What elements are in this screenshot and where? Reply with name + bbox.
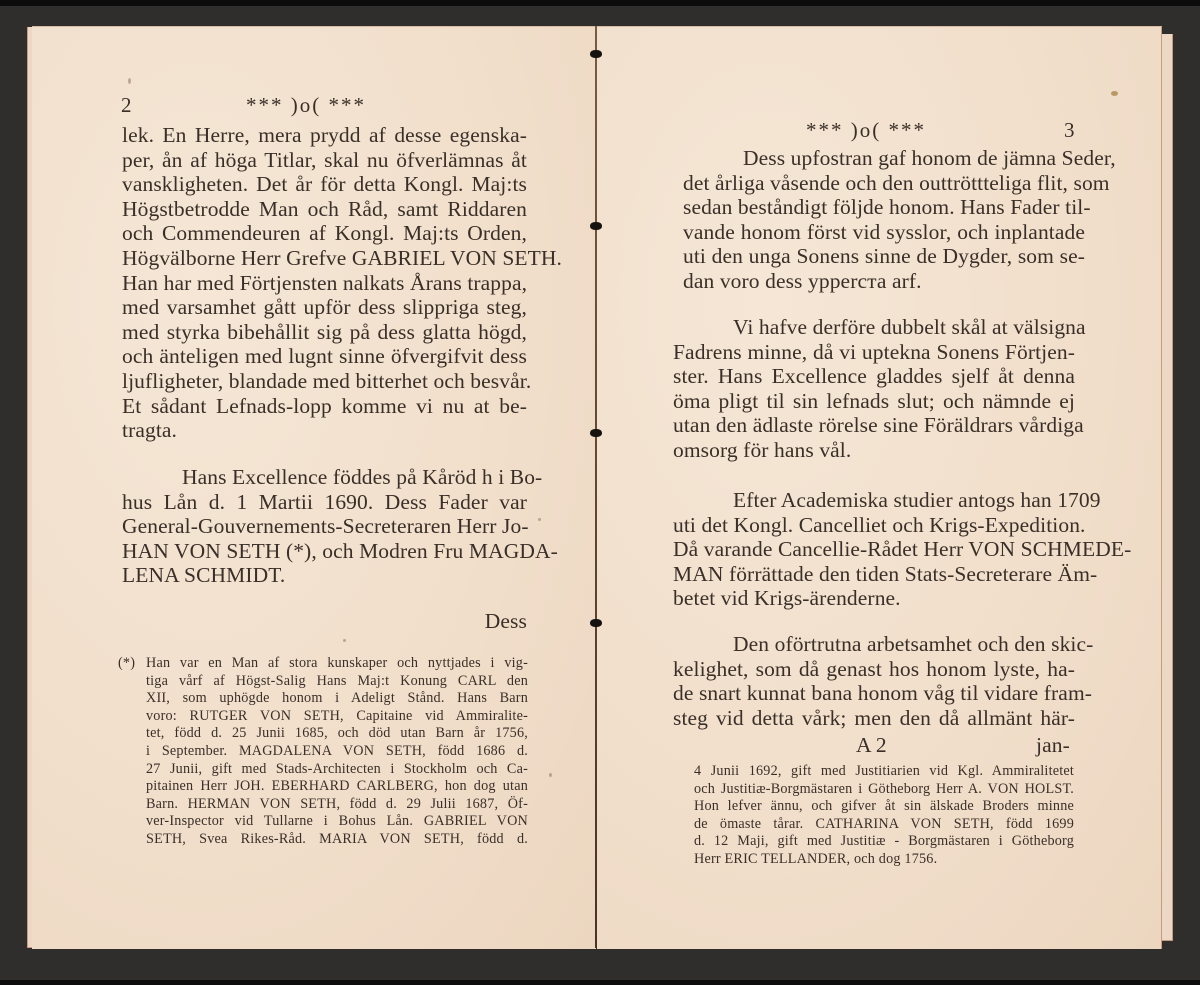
right-paragraph-4: Den oförtrutna arbetsamhet och den skic-… [673, 632, 1075, 730]
footnote-line: pitainen Herr JOH. EBERHARD CARLBERG, ho… [146, 778, 528, 796]
footnote-line: och Justitiæ-Borgmästaren i Götheborg He… [694, 781, 1074, 799]
text-line: kelighet, som då genast hos honom lyste,… [673, 657, 1075, 682]
footnote-line: XII, som uphögde honom i Adeligt Stånd. … [146, 690, 528, 708]
text-line: steg vid detta vårk; men den då allmänt … [673, 706, 1075, 731]
running-head-left: *** )o( *** [246, 93, 366, 118]
text-line: de snart kunnat bana honom våg til vidar… [673, 681, 1075, 706]
text-line: hus Lån d. 1 Martii 1690. Dess Fader var [122, 490, 527, 515]
text-line: MAN förrättade den tiden Stats-Secretera… [673, 562, 1075, 587]
paper-speck [549, 773, 552, 777]
footnote-line: Barn. HERMAN VON SETH, född d. 29 Julii … [146, 796, 528, 814]
footnote-line: 27 Junii, gift med Stads-Architecten i S… [146, 761, 528, 779]
right-paragraph-1: Dess upfostran gaf honom de jämna Seder,… [683, 146, 1085, 294]
binding-stitch [590, 50, 602, 58]
footnote-line: d. 12 Maji, gift med Justitiæ - Borgmäst… [694, 833, 1074, 851]
footnote-line: 4 Junii 1692, gift med Justitiarien vid … [694, 763, 1074, 781]
text-line: tragta. [122, 418, 527, 443]
footnote-right: 4 Junii 1692, gift med Justitiarien vid … [694, 763, 1074, 869]
text-line: Fadrens minne, då vi uptekna Sonens Fört… [673, 340, 1075, 365]
footnote-line: tet, född d. 25 Junii 1685, och död utan… [146, 725, 528, 743]
catchword-left-wrap: Dess [122, 609, 527, 634]
page-number-right: 3 [1064, 118, 1075, 143]
catchword-left: Dess [122, 609, 527, 634]
text-line: utan den ädlaste rörelse sine Föräldrars… [673, 413, 1075, 438]
text-line: HAN VON SETH (*), och Modren Fru MAGDA- [122, 539, 527, 564]
text-line: det årliga våsende och den outtrötttelig… [683, 171, 1085, 196]
text-line: LENA SCHMIDT. [122, 563, 527, 588]
text-line: och änteligen med lugnt sinne öfvergifvi… [122, 344, 527, 369]
text-line: betet vid Krigs-ärenderne. [673, 586, 1075, 611]
paper-speck [128, 78, 131, 84]
text-line: Högvälborne Herr Grefve GABRIEL VON SETH… [122, 246, 527, 271]
book-spine [595, 26, 597, 948]
footnote-line: de ömaste tårar. CATHARINA VON SETH, föd… [694, 816, 1074, 834]
footnote-line: i September. MAGDALENA VON SETH, född 16… [146, 743, 528, 761]
left-paragraph-1: lek. En Herre, mera prydd af desse egens… [122, 123, 527, 443]
text-line: dan voro dess ypperста arf. [683, 269, 1085, 294]
text-line: Dess upfostran gaf honom de jämna Seder, [683, 146, 1085, 171]
binding-stitch [590, 222, 602, 230]
binding-stitch [590, 429, 602, 437]
footnote-line: Hon lefver ännu, och gifver åt sin älska… [694, 798, 1074, 816]
paper-speck [343, 639, 346, 642]
footnote-left: (*) Han var en Man af stora kunskaper oc… [118, 655, 528, 849]
open-book: 2 *** )o( *** lek. En Herre, mera prydd … [0, 0, 1200, 985]
text-line: Hans Excellence föddes på Kåröd h i Bo- [122, 465, 527, 490]
text-line: ljufligheter, blandade med bitterhet och… [122, 369, 527, 394]
text-line: med styrka bibehållit sig på dess glatta… [122, 320, 527, 345]
text-line: sedan beståndigt följde honom. Hans Fade… [683, 195, 1085, 220]
paper-speck [1111, 91, 1118, 96]
text-line: per, ån af höga Titlar, skal nu öfverläm… [122, 148, 527, 173]
signature-mark: A 2 [856, 733, 887, 758]
footnote-line: Han var en Man af stora kunskaper och ny… [146, 655, 528, 673]
text-line: ster. Hans Excellence gladdes sjelf åt d… [673, 364, 1075, 389]
right-paragraph-2: Vi hafve derföre dubbelt skål at välsign… [673, 315, 1075, 463]
footnote-line: SETH, Svea Rikes-Råd. MARIA VON SETH, fö… [146, 831, 528, 849]
text-line: uti det Kongl. Cancelliet och Krigs-Expe… [673, 513, 1075, 538]
text-line: Han har med Förtjensten nalkats Årans tr… [122, 271, 527, 296]
catchword-right: jan- [1036, 733, 1070, 758]
text-line: omsorg för hans vål. [673, 438, 1075, 463]
text-line: Högstbetrodde Man och Råd, samt Riddaren [122, 197, 527, 222]
text-line: General-Gouvernements-Secreteraren Herr … [122, 514, 527, 539]
paper-speck [538, 518, 541, 521]
text-line: lek. En Herre, mera prydd af desse egens… [122, 123, 527, 148]
text-line: Vi hafve derföre dubbelt skål at välsign… [673, 315, 1075, 340]
text-line: öma pligt til sin lefnads slut; och nämn… [673, 389, 1075, 414]
footnote-line: ver-Inspector vid Tullarne i Bohus Lån. … [146, 813, 528, 831]
binding-stitch [590, 619, 602, 627]
text-line: Den oförtrutna arbetsamhet och den skic- [673, 632, 1075, 657]
text-line: Då varande Cancellie-Rådet Herr VON SCHM… [673, 537, 1075, 562]
right-paragraph-3: Efter Academiska studier antogs han 1709… [673, 488, 1075, 611]
running-head-right: *** )o( *** [806, 118, 926, 143]
text-line: Et sådant Lefnads-lopp komme vi nu at be… [122, 394, 527, 419]
text-line: Efter Academiska studier antogs han 1709 [673, 488, 1075, 513]
footnote-line: Herr ERIC TELLANDER, och dog 1756. [694, 851, 1074, 869]
text-line: uti den unga Sonens sinne de Dygder, som… [683, 244, 1085, 269]
text-line: vanskligheten. Det år för detta Kongl. M… [122, 172, 527, 197]
text-line: och Commendeuren af Kongl. Maj:ts Orden, [122, 221, 527, 246]
footnote-marker: (*) [118, 655, 135, 673]
page-number-left: 2 [121, 93, 132, 118]
footnote-line: tiga vårf af Högst-Salig Hans Maj:t Konu… [146, 673, 528, 691]
footnote-body: Han var en Man af stora kunskaper och ny… [118, 655, 528, 849]
left-paragraph-2: Hans Excellence föddes på Kåröd h i Bo- … [122, 465, 527, 588]
text-line: vande honom först vid sysslor, och inpla… [683, 220, 1085, 245]
footnote-line: voro: RUTGER VON SETH, Capitaine vid Amm… [146, 708, 528, 726]
text-line: med varsamhet gått upför dess slippriga … [122, 295, 527, 320]
